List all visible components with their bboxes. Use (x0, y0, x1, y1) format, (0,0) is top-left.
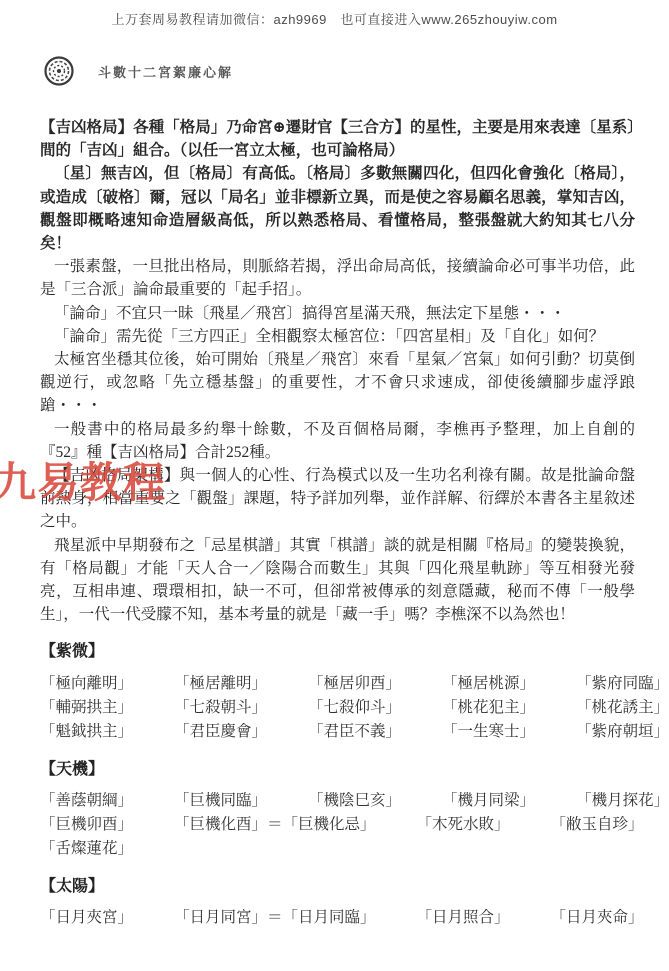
pattern-row: 「日月夾宮」 「日月同宮」＝「日月同臨」 「日月照合」 「日月夾命」 (40, 906, 635, 930)
section-title-taiyang: 【太陽】 (40, 875, 635, 898)
pattern-item: 「日月夾命」 (551, 906, 644, 930)
pattern-item: 「日月照合」 (417, 906, 510, 930)
pattern-item: 「巨機化酉」＝「巨機化忌」 (174, 813, 376, 837)
pattern-item: 「紫府朝垣」 (576, 720, 669, 744)
book-title: 斗數十二宮絮廉心解 (98, 62, 233, 81)
section-title-ziwei: 【紫微】 (40, 640, 635, 663)
pattern-item: 「舌燦蓮花」 (40, 837, 133, 861)
pattern-item: 「善蔭朝綱」 (40, 789, 133, 813)
pattern-row: 「輔弼拱主」 「七殺朝斗」 「七殺仰斗」 「桃花犯主」 「桃花誘主」 (40, 696, 635, 720)
pattern-item: 「巨機同臨」 (174, 789, 267, 813)
promo-banner-text: 上万套周易教程请加微信：azh9969 也可直接进入www.265zhouyiw… (0, 0, 669, 28)
pattern-item: 「魁鉞拱主」 (40, 720, 133, 744)
pattern-item: 「極居桃源」 (442, 672, 535, 696)
pattern-item: 「君臣不義」 (308, 720, 401, 744)
pattern-item: 「君臣慶會」 (174, 720, 267, 744)
pattern-item: 「木死水敗」 (417, 813, 510, 837)
document-page: 上万套周易教程请加微信：azh9969 也可直接进入www.265zhouyiw… (0, 0, 669, 971)
pattern-item: 「日月夾宮」 (40, 906, 133, 930)
paragraph-lunming-2: 「論命」需先從「三方四正」全相觀察太極宮位：「四宮星相」及「自化」如何？ (40, 325, 635, 348)
pattern-item: 「極居離明」 (174, 672, 267, 696)
paragraph-star-no-jixiong: 〔星〕無吉凶，但〔格局〕有高低。〔格局〕多數無關四化，但四化會強化〔格局〕，或造… (40, 162, 635, 255)
pattern-item: 「機陰巳亥」 (308, 789, 401, 813)
pattern-item: 「機月同梁」 (442, 789, 535, 813)
paragraph-geju-jiagou: 【吉凶格局架構】與一個人的心性、行為模式以及一生功名利祿有關。故是批論命盤前熱身… (40, 464, 635, 534)
pattern-item: 「紫府同臨」 (576, 672, 669, 696)
pattern-item: 「七殺朝斗」 (174, 696, 267, 720)
paragraph-252-geju: 一般書中的格局最多約舉十餘數，不及百個格局爾，李樵再予整理，加上自創的『52』種… (40, 418, 635, 464)
paragraph-taiji-gong: 太極宮坐穩其位後，始可開始〔飛星／飛宮〕來看「星氣／宮氣」如何引動？切莫倒觀逆行… (40, 348, 635, 418)
paragraph-lunming-1: 「論命」不宜只一昧〔飛星／飛宮〕搞得宮星滿天飛，無法定下星態・・・ (40, 302, 635, 325)
pattern-item: 「一生寒士」 (442, 720, 535, 744)
pattern-item: 「輔弼拱主」 (40, 696, 133, 720)
pattern-item: 「極向離明」 (40, 672, 133, 696)
pattern-item: 「桃花誘主」 (576, 696, 669, 720)
publisher-seal-icon (44, 56, 74, 86)
pattern-row: 「極向離明」 「極居離明」 「極居卯酉」 「極居桃源」 「紫府同臨」 (40, 672, 635, 696)
pattern-item: 「極居卯酉」 (308, 672, 401, 696)
paragraph-suban: 一張素盤，一旦批出格局，則脈絡若揭，浮出命局高低，接續論命必可事半功倍，此是「三… (40, 255, 635, 301)
pattern-item: 「敝玉自珍」 (551, 813, 644, 837)
paragraph-feixingpai: 飛星派中早期發布之「忌星棋譜」其實「棋譜」談的就是相關『格局』的變裝換貌，有「格… (40, 534, 635, 627)
section-title-tianji: 【天機】 (40, 758, 635, 781)
pattern-item: 「巨機卯酉」 (40, 813, 133, 837)
document-body: 【吉凶格局】各種「格局」乃命宮⊕遷財官【三合方】的星性，主要是用來表達〔星系〕間… (40, 116, 635, 930)
paragraph-jixiong-geju: 【吉凶格局】各種「格局」乃命宮⊕遷財官【三合方】的星性，主要是用來表達〔星系〕間… (40, 116, 635, 162)
pattern-row: 「舌燦蓮花」 (40, 837, 635, 861)
pattern-item: 「桃花犯主」 (442, 696, 535, 720)
pattern-item: 「七殺仰斗」 (308, 696, 401, 720)
book-header: 斗數十二宮絮廉心解 (44, 56, 669, 86)
pattern-item: 「機月探花」 (576, 789, 669, 813)
pattern-row: 「善蔭朝綱」 「巨機同臨」 「機陰巳亥」 「機月同梁」 「機月探花」 (40, 789, 635, 813)
pattern-row: 「巨機卯酉」 「巨機化酉」＝「巨機化忌」 「木死水敗」 「敝玉自珍」 (40, 813, 635, 837)
pattern-row: 「魁鉞拱主」 「君臣慶會」 「君臣不義」 「一生寒士」 「紫府朝垣」 (40, 720, 635, 744)
pattern-item: 「日月同宮」＝「日月同臨」 (174, 906, 376, 930)
